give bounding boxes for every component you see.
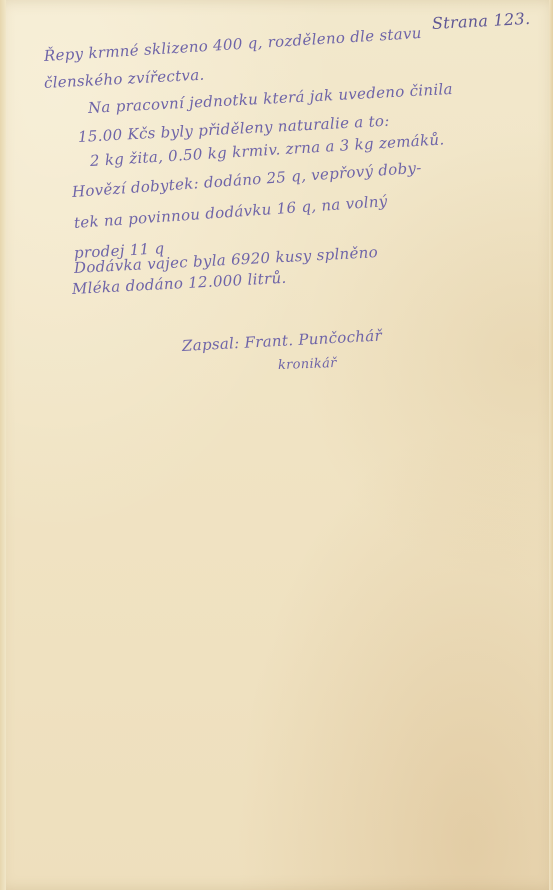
page-edge-left bbox=[0, 0, 6, 890]
text-line: členského zvířectva. bbox=[44, 66, 205, 92]
page-number: Strana 123. bbox=[432, 9, 531, 33]
text-line: tek na povinnou dodávku 16 q, na volný bbox=[73, 192, 388, 232]
page-edge-right bbox=[549, 0, 553, 890]
signature-name: Zapsal: Frant. Punčochář bbox=[182, 327, 383, 355]
signature-title: kronikář bbox=[278, 356, 337, 373]
chronicle-page: Strana 123. Řepy krmné sklizeno 400 q, r… bbox=[0, 0, 553, 890]
text-line: Řepy krmné sklizeno 400 q, rozděleno dle… bbox=[43, 24, 422, 65]
